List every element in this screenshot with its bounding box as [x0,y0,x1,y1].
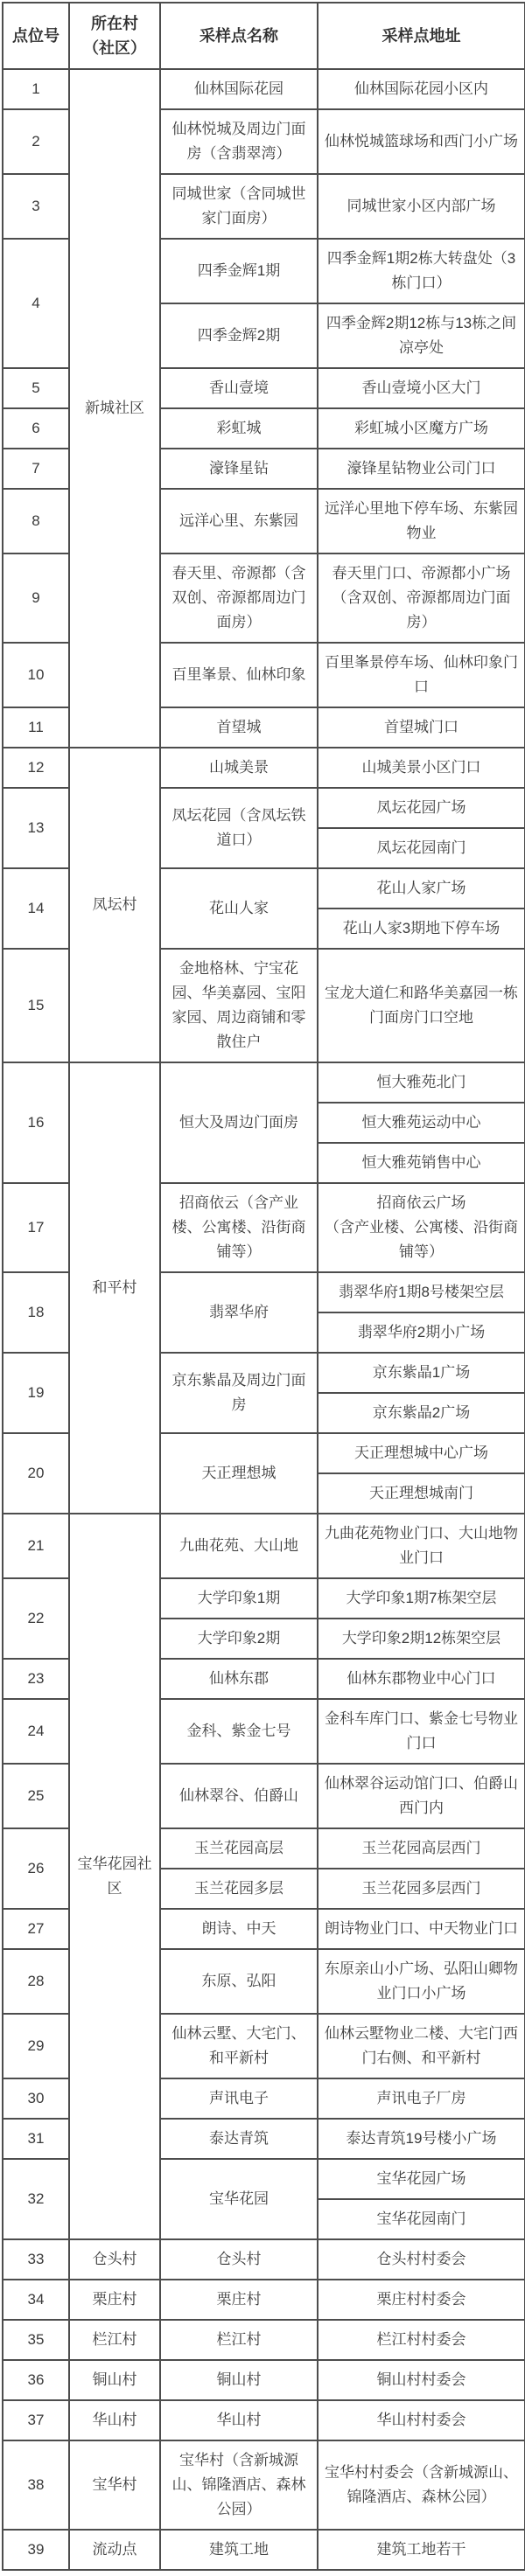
site-address-cell: 花山人家3期地下停车场 [318,909,525,949]
site-name-cell: 山城美景 [160,748,318,788]
site-name-cell: 铜山村 [160,2360,318,2400]
site-address-cell: 香山壹境小区大门 [318,368,525,408]
site-name-cell: 恒大及周边门面房 [160,1062,318,1183]
site-name-cell: 京东紫晶及周边门面房 [160,1353,318,1433]
column-header-village: 所在村 （社区） [69,3,160,69]
point-no-cell: 17 [3,1183,69,1272]
site-name-cell: 百里峯景、仙林印象 [160,643,318,707]
point-no-cell: 38 [3,2440,69,2530]
table-row: 35栏江村栏江村栏江村村委会 [3,2320,525,2360]
point-no-cell: 3 [3,174,69,239]
header-row: 点位号 所在村 （社区） 采样点名称 采样点地址 [3,3,525,69]
village-cell: 华山村 [69,2400,160,2440]
site-name-cell: 仙林翠谷、伯爵山 [160,1764,318,1828]
site-address-cell: 春天里门口、帝源都小广场（含双创、帝源都周边门面房） [318,553,525,643]
site-address-cell: 濠锋星钻物业公司门口 [318,449,525,489]
point-no-cell: 19 [3,1353,69,1433]
village-cell: 铜山村 [69,2360,160,2400]
site-name-cell: 招商依云（含产业楼、公寓楼、沿街商铺等） [160,1183,318,1272]
site-address-cell: 招商依云广场 （含产业楼、公寓楼、沿街商铺等） [318,1183,525,1272]
site-address-cell: 天正理想城南门 [318,1473,525,1514]
point-no-cell: 23 [3,1659,69,1699]
point-no-cell: 4 [3,239,69,368]
site-name-cell: 泰达青筑 [160,2119,318,2159]
site-name-cell: 首望城 [160,707,318,748]
site-address-cell: 恒大雅苑运动中心 [318,1103,525,1143]
document-page: 点位号 所在村 （社区） 采样点名称 采样点地址 1新城社区仙林国际花园仙林国际… [0,0,525,2576]
site-name-cell: 金科、紫金七号 [160,1699,318,1764]
site-address-cell: 仙林国际花园小区内 [318,69,525,109]
site-address-cell: 远洋心里地下停车场、东紫园物业 [318,489,525,553]
table-row: 21宝华花园社区九曲花苑、大山地九曲花苑物业门口、大山地物业门口 [3,1514,525,1578]
point-no-cell: 16 [3,1062,69,1183]
site-name-cell: 金地格林、宁宝花园、华美嘉园、宝阳家园、周边商铺和零散住户 [160,949,318,1062]
village-cell: 仓头村 [69,2239,160,2280]
site-address-cell: 九曲花苑物业门口、大山地物业门口 [318,1514,525,1578]
point-no-cell: 29 [3,2014,69,2078]
table-row: 1新城社区仙林国际花园仙林国际花园小区内 [3,69,525,109]
site-address-cell: 京东紫晶2广场 [318,1393,525,1433]
site-address-cell: 泰达青筑19号楼小广场 [318,2119,525,2159]
site-address-cell: 朗诗物业门口、中天物业门口 [318,1909,525,1949]
point-no-cell: 15 [3,949,69,1062]
site-address-cell: 彩虹城小区魔方广场 [318,408,525,449]
site-address-cell: 仙林东郡物业中心门口 [318,1659,525,1699]
point-no-cell: 35 [3,2320,69,2360]
point-no-cell: 24 [3,1699,69,1764]
site-address-cell: 花山人家广场 [318,868,525,909]
site-name-cell: 栗庄村 [160,2280,318,2320]
site-name-cell: 大学印象1期 [160,1578,318,1619]
site-name-cell: 仙林云墅、大宅门、和平新村 [160,2014,318,2078]
point-no-cell: 7 [3,449,69,489]
site-name-cell: 建筑工地 [160,2530,318,2570]
site-address-cell: 大学印象1期7栋架空层 [318,1578,525,1619]
table-row: 12凤坛村山城美景山城美景小区门口 [3,748,525,788]
site-name-cell: 花山人家 [160,868,318,949]
village-cell: 栗庄村 [69,2280,160,2320]
site-name-cell: 栏江村 [160,2320,318,2360]
site-name-cell: 天正理想城 [160,1433,318,1514]
site-name-cell: 翡翠华府 [160,1272,318,1353]
site-name-cell: 四季金辉2期 [160,303,318,368]
site-name-cell: 大学印象2期 [160,1619,318,1659]
site-address-cell: 翡翠华府2期小广场 [318,1312,525,1353]
point-no-cell: 18 [3,1272,69,1353]
site-name-cell: 九曲花苑、大山地 [160,1514,318,1578]
table-row: 36铜山村铜山村铜山村村委会 [3,2360,525,2400]
column-header-site-name: 采样点名称 [160,3,318,69]
site-address-cell: 恒大雅苑北门 [318,1062,525,1103]
site-address-cell: 四季金辉2期12栋与13栋之间凉亭处 [318,303,525,368]
point-no-cell: 31 [3,2119,69,2159]
site-name-cell: 彩虹城 [160,408,318,449]
site-address-cell: 百里峯景停车场、仙林印象门口 [318,643,525,707]
site-name-cell: 仙林悦城及周边门面房（含翡翠湾） [160,109,318,174]
table-row: 37华山村华山村华山村村委会 [3,2400,525,2440]
site-name-cell: 玉兰花园多层 [160,1869,318,1909]
site-address-cell: 仙林云墅物业二楼、大宅门西门右侧、和平新村 [318,2014,525,2078]
point-no-cell: 11 [3,707,69,748]
site-address-cell: 华山村村委会 [318,2400,525,2440]
village-cell: 新城社区 [69,69,160,748]
site-address-cell: 宝华花园南门 [318,2199,525,2239]
point-no-cell: 21 [3,1514,69,1578]
site-address-cell: 仙林翠谷运动馆门口、伯爵山西门内 [318,1764,525,1828]
point-no-cell: 34 [3,2280,69,2320]
point-no-cell: 13 [3,788,69,868]
point-no-cell: 22 [3,1578,69,1659]
point-no-cell: 10 [3,643,69,707]
point-no-cell: 36 [3,2360,69,2400]
point-no-cell: 14 [3,868,69,949]
point-no-cell: 39 [3,2530,69,2570]
site-address-cell: 铜山村村委会 [318,2360,525,2400]
point-no-cell: 6 [3,408,69,449]
point-no-cell: 8 [3,489,69,553]
point-no-cell: 1 [3,69,69,109]
point-no-cell: 26 [3,1828,69,1909]
site-name-cell: 仙林东郡 [160,1659,318,1699]
site-address-cell: 金科车库门口、紫金七号物业门口 [318,1699,525,1764]
site-address-cell: 山城美景小区门口 [318,748,525,788]
sampling-points-table: 点位号 所在村 （社区） 采样点名称 采样点地址 1新城社区仙林国际花园仙林国际… [2,2,525,2571]
site-name-cell: 濠锋星钻 [160,449,318,489]
site-address-cell: 天正理想城中心广场 [318,1433,525,1473]
site-address-cell: 仓头村村委会 [318,2239,525,2280]
site-address-cell: 京东紫晶1广场 [318,1353,525,1393]
site-name-cell: 四季金辉1期 [160,239,318,303]
site-address-cell: 栏江村村委会 [318,2320,525,2360]
site-address-cell: 翡翠华府1期8号楼架空层 [318,1272,525,1312]
village-cell: 和平村 [69,1062,160,1514]
point-no-cell: 28 [3,1949,69,2014]
point-no-cell: 27 [3,1909,69,1949]
point-no-cell: 25 [3,1764,69,1828]
table-row: 38宝华村宝华村（含新城源山、锦隆酒店、森林公园）宝华村村委会（含新城源山、锦隆… [3,2440,525,2530]
site-name-cell: 东原、弘阳 [160,1949,318,2014]
table-row: 16和平村恒大及周边门面房恒大雅苑北门 [3,1062,525,1103]
site-name-cell: 华山村 [160,2400,318,2440]
point-no-cell: 12 [3,748,69,788]
site-address-cell: 建筑工地若干 [318,2530,525,2570]
village-cell: 凤坛村 [69,748,160,1062]
site-name-cell: 香山壹境 [160,368,318,408]
table-row: 33仓头村仓头村仓头村村委会 [3,2239,525,2280]
site-address-cell: 宝华花园广场 [318,2159,525,2199]
point-no-cell: 37 [3,2400,69,2440]
site-name-cell: 同城世家（含同城世家门面房） [160,174,318,239]
site-name-cell: 宝华花园 [160,2159,318,2239]
site-address-cell: 凤坛花园南门 [318,828,525,868]
site-address-cell: 声讯电子厂房 [318,2078,525,2119]
site-name-cell: 远洋心里、东紫园 [160,489,318,553]
site-address-cell: 栗庄村村委会 [318,2280,525,2320]
table-row: 34栗庄村栗庄村栗庄村村委会 [3,2280,525,2320]
point-no-cell: 33 [3,2239,69,2280]
site-address-cell: 玉兰花园高层西门 [318,1828,525,1869]
village-cell: 宝华花园社区 [69,1514,160,2239]
point-no-cell: 32 [3,2159,69,2239]
site-address-cell: 东原亲山小广场、弘阳山卿物业门口小广场 [318,1949,525,2014]
site-address-cell: 恒大雅苑销售中心 [318,1143,525,1183]
point-no-cell: 5 [3,368,69,408]
site-name-cell: 春天里、帝源都（含双创、帝源都周边门面房） [160,553,318,643]
site-address-cell: 玉兰花园多层西门 [318,1869,525,1909]
site-name-cell: 凤坛花园（含凤坛铁道口） [160,788,318,868]
site-name-cell: 仙林国际花园 [160,69,318,109]
site-address-cell: 首望城门口 [318,707,525,748]
column-header-point-no: 点位号 [3,3,69,69]
village-cell: 流动点 [69,2530,160,2570]
site-name-cell: 朗诗、中天 [160,1909,318,1949]
site-address-cell: 宝龙大道仁和路华美嘉园一栋门面房门口空地 [318,949,525,1062]
site-address-cell: 四季金辉1期2栋大转盘处（3栋门口） [318,239,525,303]
site-address-cell: 宝华村村委会（含新城源山、锦隆酒店、森林公园） [318,2440,525,2530]
site-name-cell: 玉兰花园高层 [160,1828,318,1869]
site-address-cell: 凤坛花园广场 [318,788,525,828]
point-no-cell: 9 [3,553,69,643]
site-address-cell: 同城世家小区内部广场 [318,174,525,239]
site-name-cell: 仓头村 [160,2239,318,2280]
point-no-cell: 2 [3,109,69,174]
column-header-site-address: 采样点地址 [318,3,525,69]
site-name-cell: 声讯电子 [160,2078,318,2119]
site-address-cell: 仙林悦城篮球场和西门小广场 [318,109,525,174]
site-address-cell: 大学印象2期12栋架空层 [318,1619,525,1659]
village-cell: 宝华村 [69,2440,160,2530]
village-cell: 栏江村 [69,2320,160,2360]
table-row: 39流动点建筑工地建筑工地若干 [3,2530,525,2570]
point-no-cell: 20 [3,1433,69,1514]
point-no-cell: 30 [3,2078,69,2119]
site-name-cell: 宝华村（含新城源山、锦隆酒店、森林公园） [160,2440,318,2530]
